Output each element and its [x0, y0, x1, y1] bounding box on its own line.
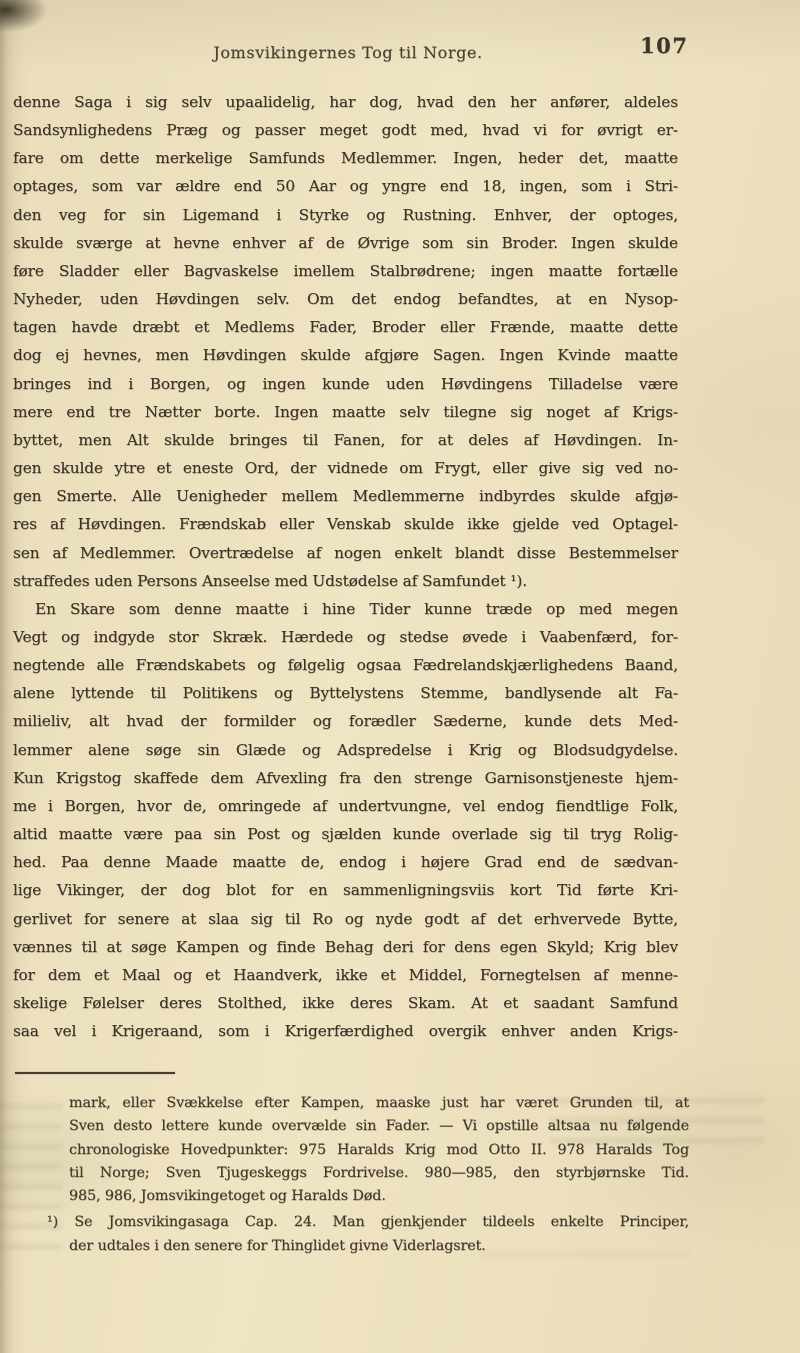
book-page: Jomsvikingernes Tog til Norge. 107 denne… — [0, 0, 800, 1353]
footnotes-block: mark, eller Svækkelse efter Kampen, maas… — [69, 1092, 689, 1258]
text-line: saa vel i Krigeraand, som i Krigerfærdig… — [13, 1017, 678, 1045]
text-line: skelige Følelser deres Stolthed, ikke de… — [13, 989, 678, 1017]
text-line: Nyheder, uden Høvdingen selv. Om det end… — [13, 285, 678, 313]
text-line: den veg for sin Ligemand i Styrke og Rus… — [13, 201, 678, 229]
text-line: vænnes til at søge Kampen og finde Behag… — [13, 933, 678, 961]
text-line: En Skare som denne maatte i hine Tider k… — [13, 595, 678, 623]
text-line: fare om dette merkelige Samfunds Medlemm… — [13, 144, 678, 172]
text-line: straffedes uden Persons Anseelse med Uds… — [13, 567, 678, 595]
text-line: milieliv, alt hvad der formilder og foræ… — [13, 707, 678, 735]
text-line: negtende alle Frændskabets og følgelig o… — [13, 651, 678, 679]
text-line: til Norge; Sven Tjugeskeggs Fordrivelse.… — [69, 1162, 689, 1185]
text-line: gen Smerte. Alle Uenigheder mellem Medle… — [13, 482, 678, 510]
text-line: alene lyttende til Politikens og Byttely… — [13, 679, 678, 707]
text-line: Kun Krigstog skaffede dem Afvexling fra … — [13, 764, 678, 792]
text-line: denne Saga i sig selv upaalidelig, har d… — [13, 88, 678, 116]
text-line: res af Høvdingen. Frændskab eller Venska… — [13, 510, 678, 538]
text-line: føre Sladder eller Bagvaskelse imellem S… — [13, 257, 678, 285]
text-line: optages, som var ældre end 50 Aar og yng… — [13, 172, 678, 200]
text-line: altid maatte være paa sin Post og sjælde… — [13, 820, 678, 848]
running-header: Jomsvikingernes Tog til Norge. — [13, 43, 683, 62]
text-line: byttet, men Alt skulde bringes til Fanen… — [13, 426, 678, 454]
text-line: Sandsynlighedens Præg og passer meget go… — [13, 116, 678, 144]
paragraph-new: En Skare som denne maatte i hine Tider k… — [13, 595, 678, 1046]
text-line: dog ej hevnes, men Høvdingen skulde afgj… — [13, 341, 678, 369]
text-line: Sven desto lettere kunde overvælde sin F… — [69, 1115, 689, 1138]
text-line: mere end tre Nætter borte. Ingen maatte … — [13, 398, 678, 426]
text-line: chronologiske Hovedpunkter: 975 Haralds … — [69, 1139, 689, 1162]
footnote-continuation: mark, eller Svækkelse efter Kampen, maas… — [69, 1092, 689, 1208]
text-line: lige Vikinger, der dog blot for en samme… — [13, 876, 678, 904]
text-line: me i Borgen, hvor de, omringede af under… — [13, 792, 678, 820]
text-line: sen af Medlemmer. Overtrædelse af nogen … — [13, 539, 678, 567]
text-line: der udtales i den senere for Thinglidet … — [69, 1235, 689, 1258]
footnote-1: ¹) Se Jomsvikingasaga Cap. 24. Man gjenk… — [69, 1211, 689, 1258]
text-line: tagen havde dræbt et Medlems Fader, Brod… — [13, 313, 678, 341]
text-line: bringes ind i Borgen, og ingen kunde ude… — [13, 370, 678, 398]
text-line: lemmer alene søge sin Glæde og Adspredel… — [13, 736, 678, 764]
text-line: mark, eller Svækkelse efter Kampen, maas… — [69, 1092, 689, 1115]
main-text: denne Saga i sig selv upaalidelig, har d… — [13, 88, 678, 1045]
text-line: 985, 986, Jomsvikingetoget og Haralds Dø… — [69, 1185, 689, 1208]
text-line: gen skulde ytre et eneste Ord, der vidne… — [13, 454, 678, 482]
footnote-separator-rule — [15, 1072, 175, 1074]
text-line: ¹) Se Jomsvikingasaga Cap. 24. Man gjenk… — [69, 1211, 689, 1234]
paragraph-continuation: denne Saga i sig selv upaalidelig, har d… — [13, 88, 678, 595]
text-line: Vegt og indgyde stor Skræk. Hærdede og s… — [13, 623, 678, 651]
text-line: skulde sværge at hevne enhver af de Øvri… — [13, 229, 678, 257]
text-line: gerlivet for senere at slaa sig til Ro o… — [13, 905, 678, 933]
text-line: for dem et Maal og et Haandverk, ikke et… — [13, 961, 678, 989]
page-number: 107 — [640, 33, 688, 58]
text-line: hed. Paa denne Maade maatte de, endog i … — [13, 848, 678, 876]
